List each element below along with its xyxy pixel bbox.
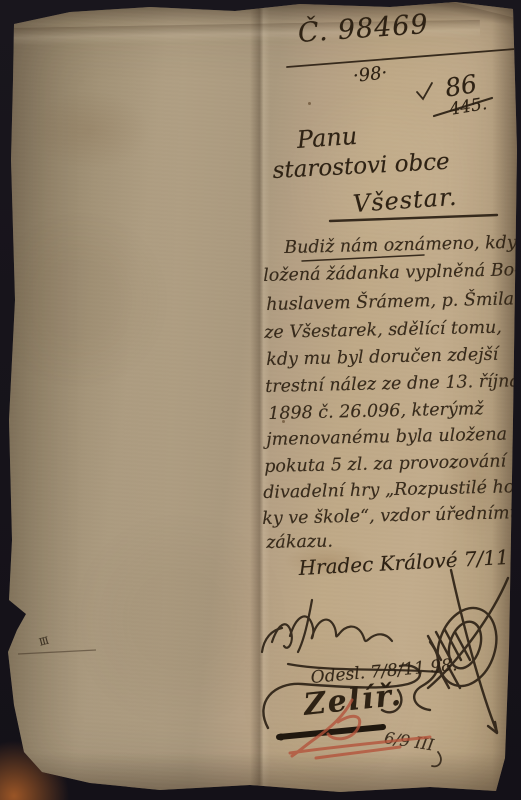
body-line: jmenovanému byla uložena xyxy=(266,425,507,450)
bottom-edge-shadow xyxy=(0,752,521,800)
top-edge-shadow xyxy=(0,0,521,24)
document-photo: Č. 98469 ·98· 86 445. Panu starostovi ob… xyxy=(0,0,521,800)
body-line: ze Všestarek, sdělící tomu, xyxy=(264,318,502,343)
body-line: 1898 č. 26.096, kterýmž xyxy=(268,399,484,424)
body-line: zákazu. xyxy=(266,531,333,553)
signature-flourish xyxy=(414,570,508,733)
left-margin-tally-mark: III xyxy=(38,636,49,649)
corner-crease xyxy=(420,0,521,31)
body-line: pokuta 5 zl. za provozování xyxy=(264,452,506,477)
address-line-place: Všestar. xyxy=(352,183,458,218)
body-line: ložená žádanka vyplněná Bo- xyxy=(263,260,520,286)
header-rule-line xyxy=(287,49,515,67)
bottom-date-note: 6/9 III xyxy=(383,728,435,755)
bottom-note-squiggle xyxy=(432,752,441,766)
left-page-shading xyxy=(0,0,262,800)
body-line: divadelní hry „Rozpustilé hol- xyxy=(263,477,521,503)
address-line-recipient: Panu xyxy=(296,122,358,154)
center-fold-crease xyxy=(250,0,270,800)
body-line: huslavem Šrámem, p. Šmilau xyxy=(266,289,521,315)
reference-number: Č. 98469 xyxy=(297,9,430,49)
left-edge-tear-line xyxy=(18,650,96,654)
body-line: ky ve škole“, vzdor úřednímu xyxy=(262,503,521,529)
thick-closing-line xyxy=(278,727,384,741)
body-line: trestní nález ze dne 13. října xyxy=(265,371,520,397)
body-line: Budiž nám oznámeno, kdy při- xyxy=(284,232,521,258)
age-stain xyxy=(30,90,150,170)
paper-sheet: Č. 98469 ·98· 86 445. Panu starostovi ob… xyxy=(0,0,521,800)
check-tick-mark xyxy=(417,83,432,99)
body-line: kdy mu byl doručen zdejší xyxy=(266,345,498,370)
year-note: ·98· xyxy=(352,62,388,86)
file-fraction-denominator: 445. xyxy=(448,94,489,120)
ink-speck xyxy=(308,102,311,105)
right-edge-fold xyxy=(492,0,521,800)
address-line-office: starostovi obce xyxy=(272,149,450,184)
